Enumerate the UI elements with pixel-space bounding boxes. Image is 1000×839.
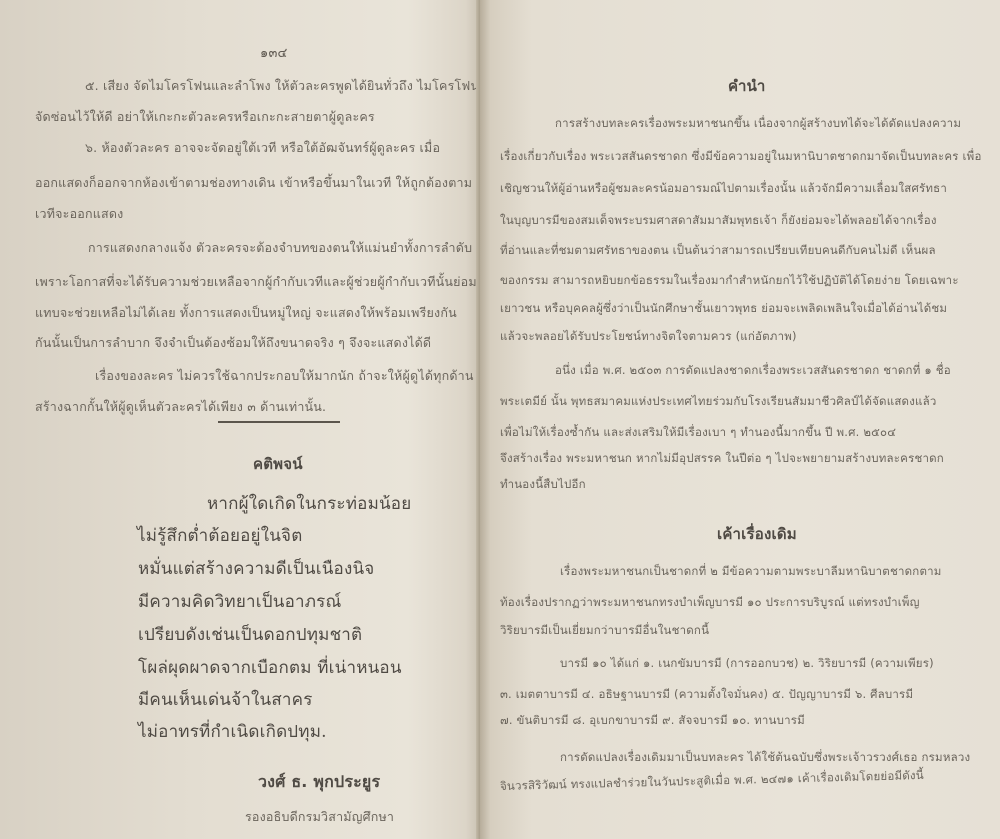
foreword-heading: คำนำ bbox=[728, 74, 766, 98]
perfections-line-2: ๓. เมตตาบารมี ๔. อธิษฐานบารมี (ความตั้งใ… bbox=[500, 686, 913, 704]
outdoor-para-line-4: กันนั้นเป็นการลำบาก จึงจำเป็นต้องซ้อมให้… bbox=[35, 333, 431, 353]
story-line-3: วิริยบารมีเป็นเยี่ยมกว่าบารมีอื่นในชาดกน… bbox=[500, 622, 709, 640]
poem-line-8: ไม่อาทรที่กำเนิดเกิดปทุม. bbox=[138, 718, 327, 745]
quote-heading: คติพจน์ bbox=[253, 452, 303, 476]
outdoor-para-line-1: การแสดงกลางแจ้ง ตัวละครจะต้องจำบทของตนให… bbox=[88, 238, 472, 258]
foreword-line-4: ในบุญบารมีของสมเด็จพระบรมศาสดาสัมมาสัมพุ… bbox=[500, 212, 937, 230]
foreword-p2-line-2: พระเตมีย์ นั้น พุทธสมาคมแห่งประเทศไทยร่ว… bbox=[500, 393, 937, 411]
item-5-line-2: จัดซ่อนไว้ให้ดี อย่าให้เกะกะตัวละครหรือเ… bbox=[35, 107, 375, 127]
author-name: วงศ์ ธ. พุกประยูร bbox=[258, 770, 380, 795]
perfections-line-1: บารมี ๑๐ ได้แก่ ๑. เนกขัมบารมี (การออกบว… bbox=[560, 655, 934, 673]
poem-line-1: หากผู้ใดเกิดในกระท่อมน้อย bbox=[207, 490, 411, 517]
section-divider bbox=[218, 421, 340, 423]
poem-line-3: หมั่นแต่สร้างความดีเป็นเนืองนิจ bbox=[138, 555, 374, 582]
foreword-line-5: ที่อ่านและที่ชมตามศรัทธาของตน เป็นต้นว่า… bbox=[500, 242, 936, 260]
poem-line-5: เปรียบดังเช่นเป็นดอกปทุมชาติ bbox=[138, 621, 362, 648]
item-6-line-1: ๖. ห้องตัวละคร อาจจะจัดอยู่ใต้เวที หรือใ… bbox=[85, 138, 440, 158]
scene-para-line-1: เรื่องของละคร ไม่ควรใช้ฉากประกอบให้มากนั… bbox=[95, 366, 474, 386]
outdoor-para-line-3: แทบจะช่วยเหลือไม่ได้เลย ทั้งการแสดงเป็นห… bbox=[35, 303, 457, 323]
item-5-line-1: ๕. เสียง จัดไมโครโฟนและลำโพง ให้ตัวละครพ… bbox=[85, 76, 479, 96]
foreword-line-6: ของกรรม สามารถหยิบยกข้อธรรมในเรื่องมากำส… bbox=[500, 272, 959, 290]
foreword-p2-line-3: เพื่อไม่ให้เรื่องซ้ำกัน และส่งเสริมให้มี… bbox=[500, 424, 896, 442]
adaptation-line-1: การดัดแปลงเรื่องเดิมมาเป็นบทละคร ได้ใช้ต… bbox=[560, 749, 970, 767]
poem-line-4: มีความคิดวิทยาเป็นอาภรณ์ bbox=[138, 588, 341, 615]
right-page: คำนำ การสร้างบทละครเรื่องพระมหาชนกขึ้น เ… bbox=[480, 0, 1000, 839]
foreword-p2-line-1: อนึ่ง เมื่อ พ.ศ. ๒๕๐๓ การดัดแปลงชาดกเรื่… bbox=[555, 362, 951, 380]
original-story-heading: เค้าเรื่องเดิม bbox=[717, 522, 797, 546]
scene-para-line-2: สร้างฉากกั้นให้ผู้ดูเห็นตัวละครได้เพียง … bbox=[35, 397, 326, 417]
page-number: ๑๓๔ bbox=[260, 42, 288, 63]
item-6-line-2: ออกแสดงก็ออกจากห้องเข้าตามช่องทางเดิน เข… bbox=[35, 173, 472, 193]
left-page: ๑๓๔ ๕. เสียง จัดไมโครโฟนและลำโพง ให้ตัวล… bbox=[0, 0, 480, 839]
foreword-p2-line-5: ทำนองนี้สืบไปอีก bbox=[500, 476, 586, 494]
story-line-1: เรื่องพระมหาชนกเป็นชาดกที่ ๒ มีข้อความตา… bbox=[560, 563, 942, 581]
author-title: รองอธิบดีกรมวิสามัญศึกษา bbox=[245, 807, 394, 827]
poem-line-2: ไม่รู้สึกต่ำต้อยอยู่ในจิต bbox=[137, 522, 302, 549]
foreword-line-2: เรื่องเกี่ยวกับเรื่อง พระเวสสันดรชาดก ซึ… bbox=[500, 148, 982, 166]
foreword-line-7: เยาวชน หรือบุคคลผู้ซึ่งว่าเป็นนักศึกษาชั… bbox=[500, 300, 947, 318]
foreword-p2-line-4: จึงสร้างเรื่อง พระมหาชนก หากไม่มีอุปสรรค… bbox=[500, 450, 944, 468]
foreword-line-8: แล้วจะพลอยได้รับประโยชน์ทางจิตใจตามควร (… bbox=[500, 328, 797, 346]
item-6-line-3: เวทีจะออกแสดง bbox=[35, 204, 123, 224]
poem-line-6: โผล่ผุดผาดจากเบือกตม ที่เน่าหนอน bbox=[138, 654, 402, 681]
book-spread: ๑๓๔ ๕. เสียง จัดไมโครโฟนและลำโพง ให้ตัวล… bbox=[0, 0, 1000, 839]
outdoor-para-line-2: เพราะโอกาสที่จะได้รับความช่วยเหลือจากผู้… bbox=[35, 272, 480, 292]
foreword-line-3: เชิญชวนให้ผู้อ่านหรือผู้ชมละครน้อมอารมณ์… bbox=[500, 180, 947, 198]
perfections-line-3: ๗. ขันติบารมี ๘. อุเบกขาบารมี ๙. สัจจบาร… bbox=[500, 712, 805, 730]
adaptation-line-2: จินวรสิริวัฒน์ ทรงแปลชำร่วยในวันประสูติเ… bbox=[500, 767, 924, 796]
poem-line-7: มีคนเห็นเด่นจ้าในสาคร bbox=[138, 686, 313, 713]
story-line-2: ท้องเรื่องปรากฏว่าพระมหาชนกทรงบำเพ็ญบารม… bbox=[500, 594, 920, 612]
foreword-line-1: การสร้างบทละครเรื่องพระมหาชนกขึ้น เนื่อง… bbox=[555, 115, 961, 133]
